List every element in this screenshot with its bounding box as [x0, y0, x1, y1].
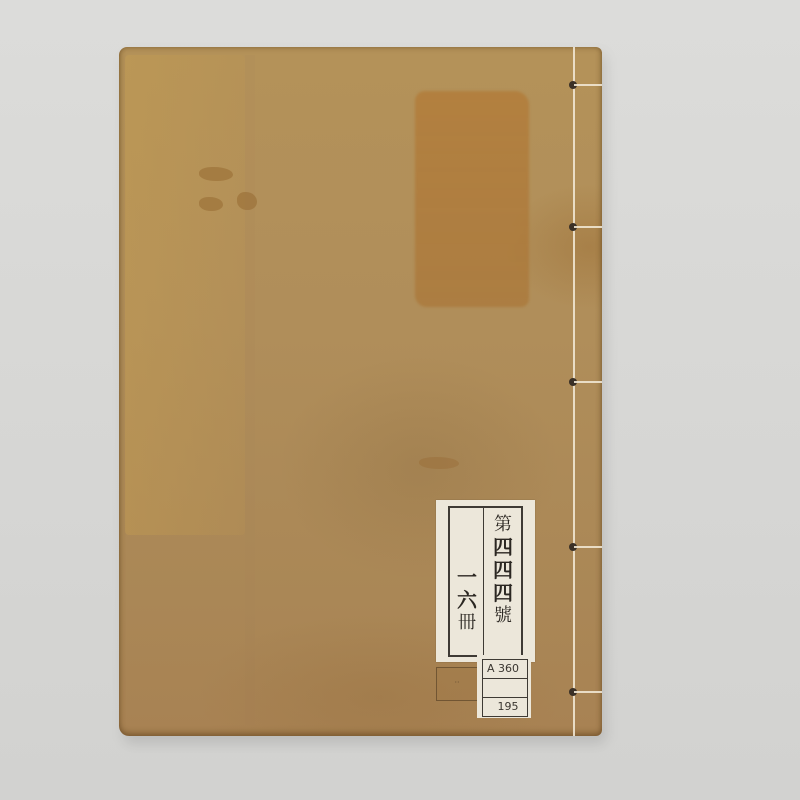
label-char: 四 [493, 582, 513, 605]
label-volume-column: 一 六 冊 [452, 566, 482, 634]
faded-left-band [125, 55, 245, 535]
stain [237, 192, 257, 210]
book-cover: ·· 第 四 四 四 號 一 六 冊 A 360 195 [119, 47, 602, 736]
binding-stitch [574, 226, 602, 228]
label-frame: 第 四 四 四 號 一 六 冊 [448, 506, 523, 657]
binding-stitch [574, 84, 602, 86]
catalog-label: 第 四 四 四 號 一 六 冊 [436, 500, 535, 662]
label-char: 第 [494, 514, 512, 536]
band-edge [245, 55, 255, 725]
binding-stitch [574, 546, 602, 548]
label-char: 號 [494, 605, 512, 627]
shelf-mark-grid: A 360 195 [482, 659, 528, 717]
label-number-column: 第 四 四 四 號 [486, 514, 520, 627]
label-divider [483, 508, 484, 655]
removed-label-mark [415, 91, 529, 307]
label-char: 一 [457, 566, 477, 589]
shelf-mark-row: 195 [483, 698, 527, 716]
binding-thread [573, 47, 575, 736]
shelf-mark-label: A 360 195 [477, 655, 531, 718]
label-char: 六 [457, 589, 477, 612]
label-char: 冊 [458, 612, 476, 634]
faded-stamp: ·· [436, 667, 478, 701]
label-char: 四 [493, 536, 513, 559]
binding-stitch [574, 381, 602, 383]
label-char: 四 [493, 559, 513, 582]
shelf-mark-row [483, 679, 527, 698]
shelf-mark-row: A 360 [483, 660, 527, 679]
stain [199, 167, 233, 181]
stain [199, 197, 223, 211]
stain [419, 457, 459, 469]
binding-stitch [574, 691, 602, 693]
